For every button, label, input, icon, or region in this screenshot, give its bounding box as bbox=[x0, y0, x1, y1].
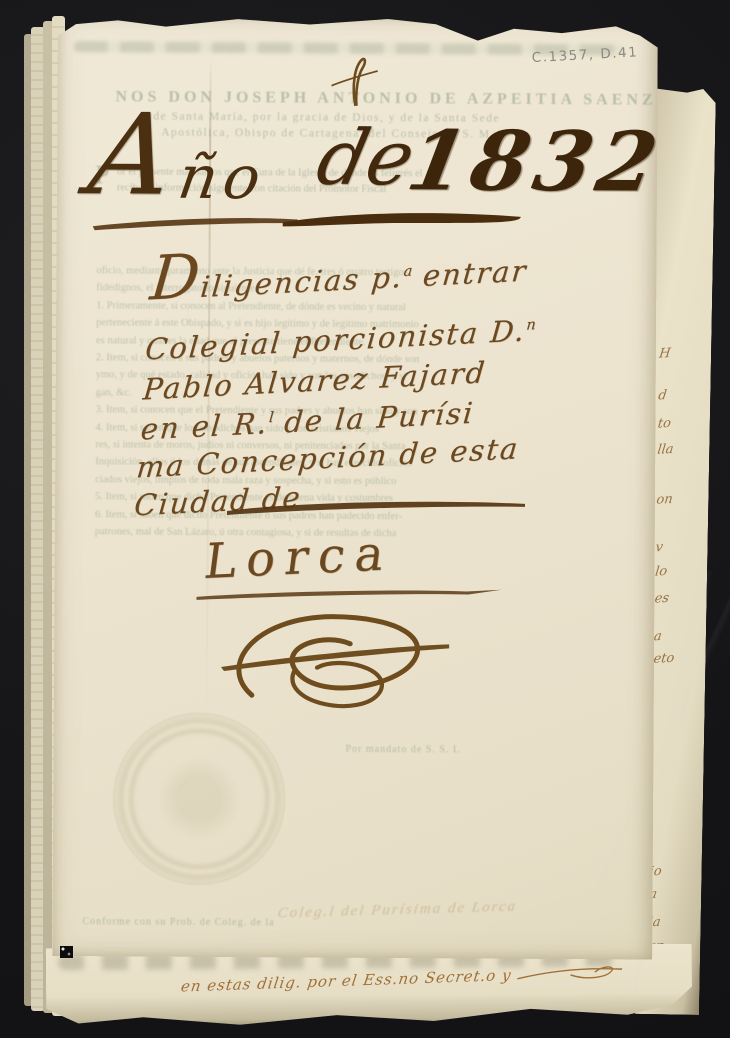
place-underline-flourish bbox=[196, 585, 506, 603]
underpage-text-fragment: es bbox=[654, 591, 670, 607]
verso-note-text: en estas dilig. por el Ess.no Secret.o y bbox=[180, 966, 513, 996]
title-ano-rest: ño bbox=[175, 148, 271, 208]
underpage-text-fragment: a bbox=[653, 629, 663, 645]
title-underline-flourish bbox=[93, 206, 523, 237]
place-name: Lorca bbox=[201, 525, 397, 590]
underpage-text-fragment: d bbox=[657, 388, 667, 404]
underpage-text-fragment: lla bbox=[656, 442, 674, 458]
petition-initial: D bbox=[147, 241, 204, 315]
embossed-seal bbox=[113, 712, 286, 885]
underpage-text-fragment: lo bbox=[654, 564, 668, 580]
cross-mark bbox=[329, 54, 379, 112]
underpage-text-fragment: H bbox=[658, 346, 671, 362]
petition-text: entrar bbox=[410, 254, 529, 294]
bleedthrough-footer-hand: Coleg.l del Purísima de Lorca bbox=[277, 899, 518, 923]
superscript: n bbox=[526, 317, 537, 334]
ciudad-dash-stroke bbox=[227, 497, 527, 519]
underpage-text-fragment: on bbox=[656, 492, 674, 508]
bleedthrough-mandate: Por mandato de S. S. I. bbox=[345, 744, 460, 756]
bleedthrough-heading: NOS DON JOSEPH ANTONIO DE AZPEITIA SAENZ bbox=[115, 88, 656, 109]
underpage-text-fragment: eto bbox=[653, 651, 676, 667]
underpage-text-fragment: v bbox=[655, 540, 664, 555]
bleedthrough-footer-print: Conforme con su Prob. de Coleg. de la bbox=[82, 916, 274, 928]
manuscript-page: NOS DON JOSEPH ANTONIO DE AZPEITIA SAENZ… bbox=[52, 14, 658, 960]
petition-text: en el R. bbox=[139, 406, 270, 447]
artifact-square bbox=[60, 946, 73, 958]
photo-background: Hdtollaonvloesaetoioalaanispo en estas d… bbox=[0, 0, 730, 1038]
underpage-text-fragment: to bbox=[657, 416, 672, 432]
rubric-flourish bbox=[217, 607, 453, 723]
note-flourish bbox=[514, 962, 626, 984]
title-ano-initial: A bbox=[83, 99, 180, 211]
